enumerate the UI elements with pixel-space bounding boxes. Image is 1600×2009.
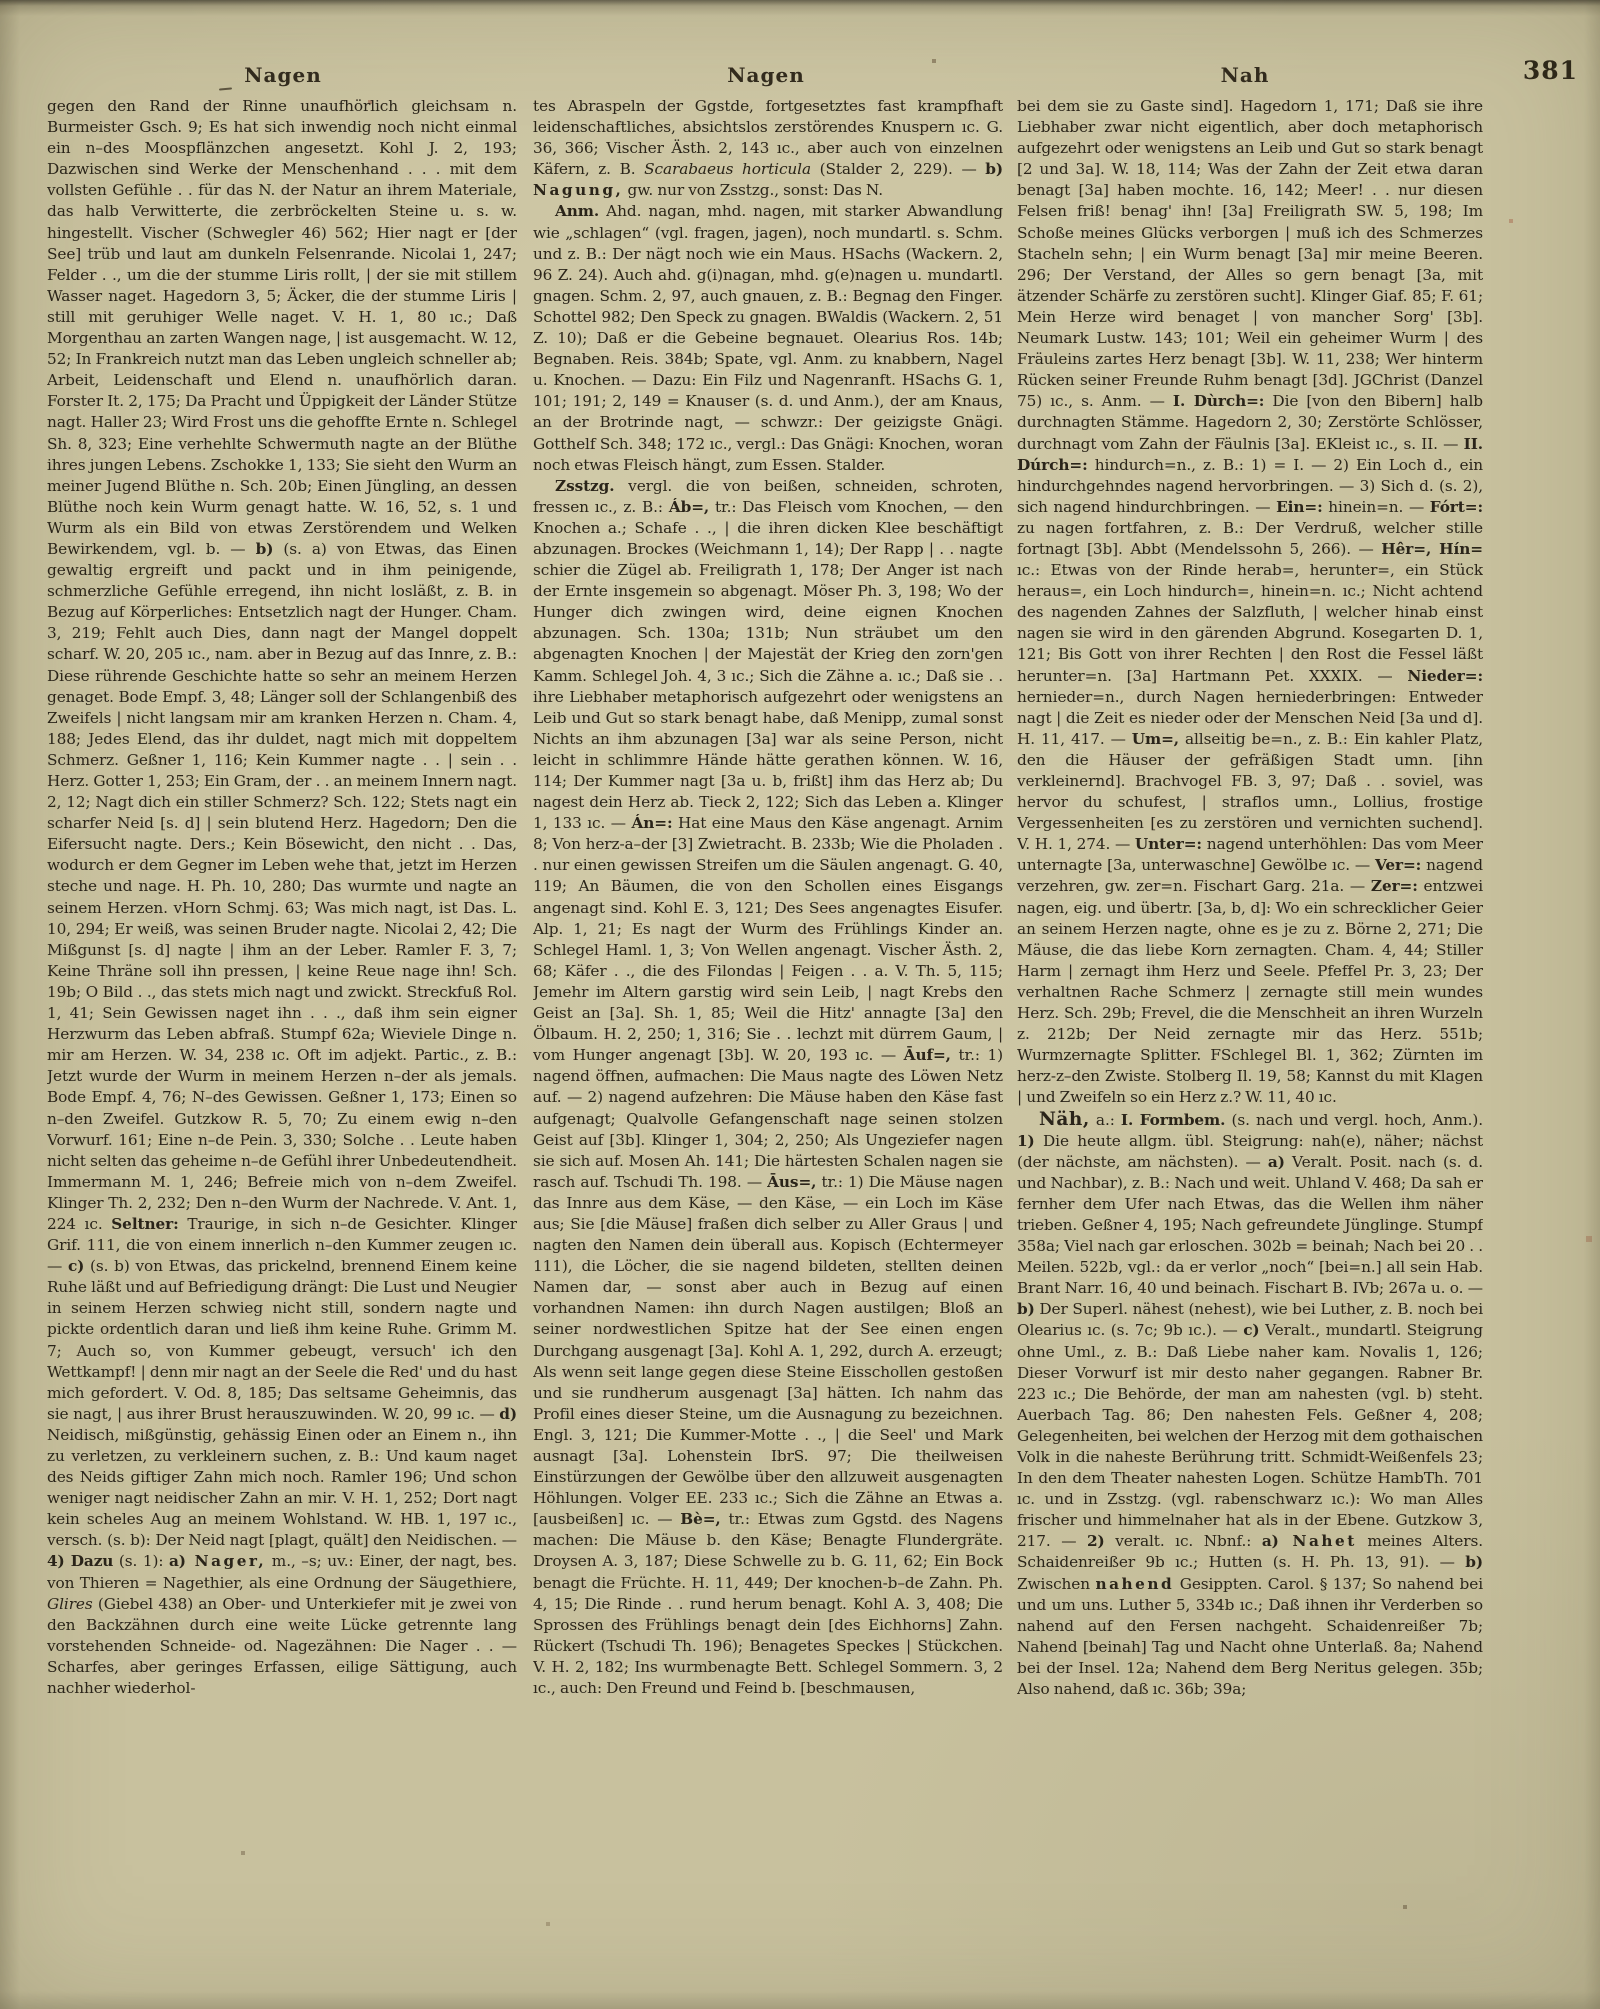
headword: Anm. — [555, 202, 599, 220]
paper-speckles — [0, 0, 2, 2]
headword: Bè=, — [680, 1510, 720, 1528]
text-segment: tr.: Das Fleisch vom Knochen, — den Knoc… — [533, 498, 1003, 832]
text-paragraph: Zsstzg. vergl. die von beißen, schneiden… — [533, 476, 1003, 1699]
text-segment: veralt. ıc. Nbnf.: — [1105, 1532, 1262, 1550]
headword: b) — [1017, 1300, 1035, 1318]
ink-smudge — [219, 87, 232, 90]
headword: Nieder=: — [1407, 667, 1483, 685]
headword: Unter=: — [1135, 835, 1202, 853]
text-segment: (s. 1): — [113, 1552, 169, 1570]
headword: Āuf=, — [904, 1046, 951, 1064]
headword: 2) — [1087, 1532, 1105, 1550]
headword: nahend — [1095, 1575, 1174, 1593]
text-paragraph: gegen den Rand der Rinne unaufhörlich gl… — [47, 96, 517, 1699]
text-segment: (Giebel 438) an Ober- und Unterkiefer mi… — [47, 1595, 517, 1697]
running-head-left: Nagen — [244, 63, 322, 87]
page-number: 381 — [1523, 56, 1578, 85]
text-segment: tr.: 1) Die Mäuse nagen das Innre aus de… — [533, 1173, 1003, 1529]
running-head-right: Nah — [1221, 63, 1270, 87]
headword: Um=, — [1132, 730, 1179, 748]
text-segment: Ahd. nagan, mhd. nagen, mit starker Abwa… — [533, 202, 1003, 473]
headword: a) — [1262, 1532, 1279, 1550]
text-paragraph: bei dem sie zu Gaste sind]. Hagedorn 1, … — [1017, 96, 1483, 1109]
headword: Hêr=, Hín= — [1381, 540, 1483, 558]
text-paragraph: Anm. Ahd. nagan, mhd. nagen, mit starker… — [533, 201, 1003, 475]
running-head-center: Nagen — [727, 63, 805, 87]
text-segment: (s. nach und vergl. hoch, Anm.). — [1225, 1111, 1483, 1129]
text-segment: Hat eine Maus den Käse angenagt. Arnim 8… — [533, 814, 1003, 1064]
column-1: gegen den Rand der Rinne unaufhörlich gl… — [47, 96, 517, 1894]
headword: Seltner: — [111, 1215, 178, 1233]
headword: a) — [1268, 1153, 1285, 1171]
text-segment: (Stalder 2, 229). — — [811, 160, 985, 178]
text-segment: Zwischen — [1017, 1575, 1095, 1593]
headword: Ein=: — [1276, 498, 1323, 516]
text-paragraph: tes Abraspeln der Ggstde, fortgesetztes … — [533, 96, 1003, 201]
headword: c) — [1243, 1321, 1259, 1339]
headword: 1) — [1017, 1132, 1035, 1150]
headword: Zer=: — [1371, 877, 1418, 895]
headword: b) — [985, 160, 1003, 178]
text-paragraph: Näh, a.: I. Formbem. (s. nach und vergl.… — [1017, 1109, 1483, 1701]
headword: 4) Dazu — [47, 1552, 113, 1570]
text-segment: (s. b) von Etwas, das prickelnd, brennen… — [47, 1257, 517, 1423]
column-2: tes Abraspeln der Ggstde, fortgesetztes … — [533, 96, 1003, 1894]
headword: Glires — [47, 1595, 93, 1613]
text-segment: tr.: 1) nagend öffnen, aufmachen: Die Ma… — [533, 1046, 1003, 1191]
headword: Scarabaeus horticula — [644, 160, 811, 178]
text-segment: gegen den Rand der Rinne unaufhörlich gl… — [47, 97, 517, 558]
headword: I. Formbem. — [1121, 1111, 1225, 1129]
headword: c) — [68, 1257, 84, 1275]
headword: d) — [499, 1405, 517, 1423]
text-segment: hinein=n. — — [1323, 498, 1430, 516]
headword: Nager, — [186, 1552, 266, 1570]
headword: Ver=: — [1375, 856, 1421, 874]
headword: b) — [1465, 1553, 1483, 1571]
headword: Nahet — [1279, 1532, 1357, 1550]
text-segment: a.: — [1090, 1111, 1121, 1129]
text-segment: entzwei nagen, eig. und übertr. [3a, b, … — [1017, 877, 1483, 1106]
headword: b) — [256, 540, 274, 558]
headword: Áb=, — [669, 498, 709, 516]
headword: Zsstzg. — [555, 477, 614, 495]
text-segment: Neidisch, mißgünstig, gehässig Einen ode… — [47, 1426, 517, 1549]
headword: Án=: — [631, 814, 672, 832]
text-segment: gw. nur von Zsstzg., sonst: Das N. — [623, 181, 883, 199]
headword: Näh, — [1039, 1109, 1090, 1130]
headword: I. Dùrch=: — [1173, 392, 1264, 410]
text-segment: tr.: Etwas zum Ggstd. des Nagens machen:… — [533, 1510, 1003, 1697]
text-segment: (s. a) von Etwas, das Einen gewaltig erg… — [47, 540, 517, 1233]
headword: Āus=, — [767, 1173, 816, 1191]
text-segment: bei dem sie zu Gaste sind]. Hagedorn 1, … — [1017, 97, 1483, 410]
text-segment: Veralt., mundartl. Steigrung ohne Uml., … — [1017, 1321, 1483, 1550]
column-3: bei dem sie zu Gaste sind]. Hagedorn 1, … — [1017, 96, 1483, 1894]
headword: Fórt=: — [1430, 498, 1483, 516]
dictionary-page: Nagen Nagen Nah 381 gegen den Rand der R… — [0, 0, 1600, 2009]
text-segment: Gesippten. Carol. § 137; So nahend bei u… — [1017, 1575, 1483, 1698]
text-segment: Veralt. Posit. nach (s. d. und Nachbar),… — [1017, 1153, 1483, 1298]
headword: Nagung, — [533, 181, 623, 199]
headword: a) — [169, 1552, 186, 1570]
